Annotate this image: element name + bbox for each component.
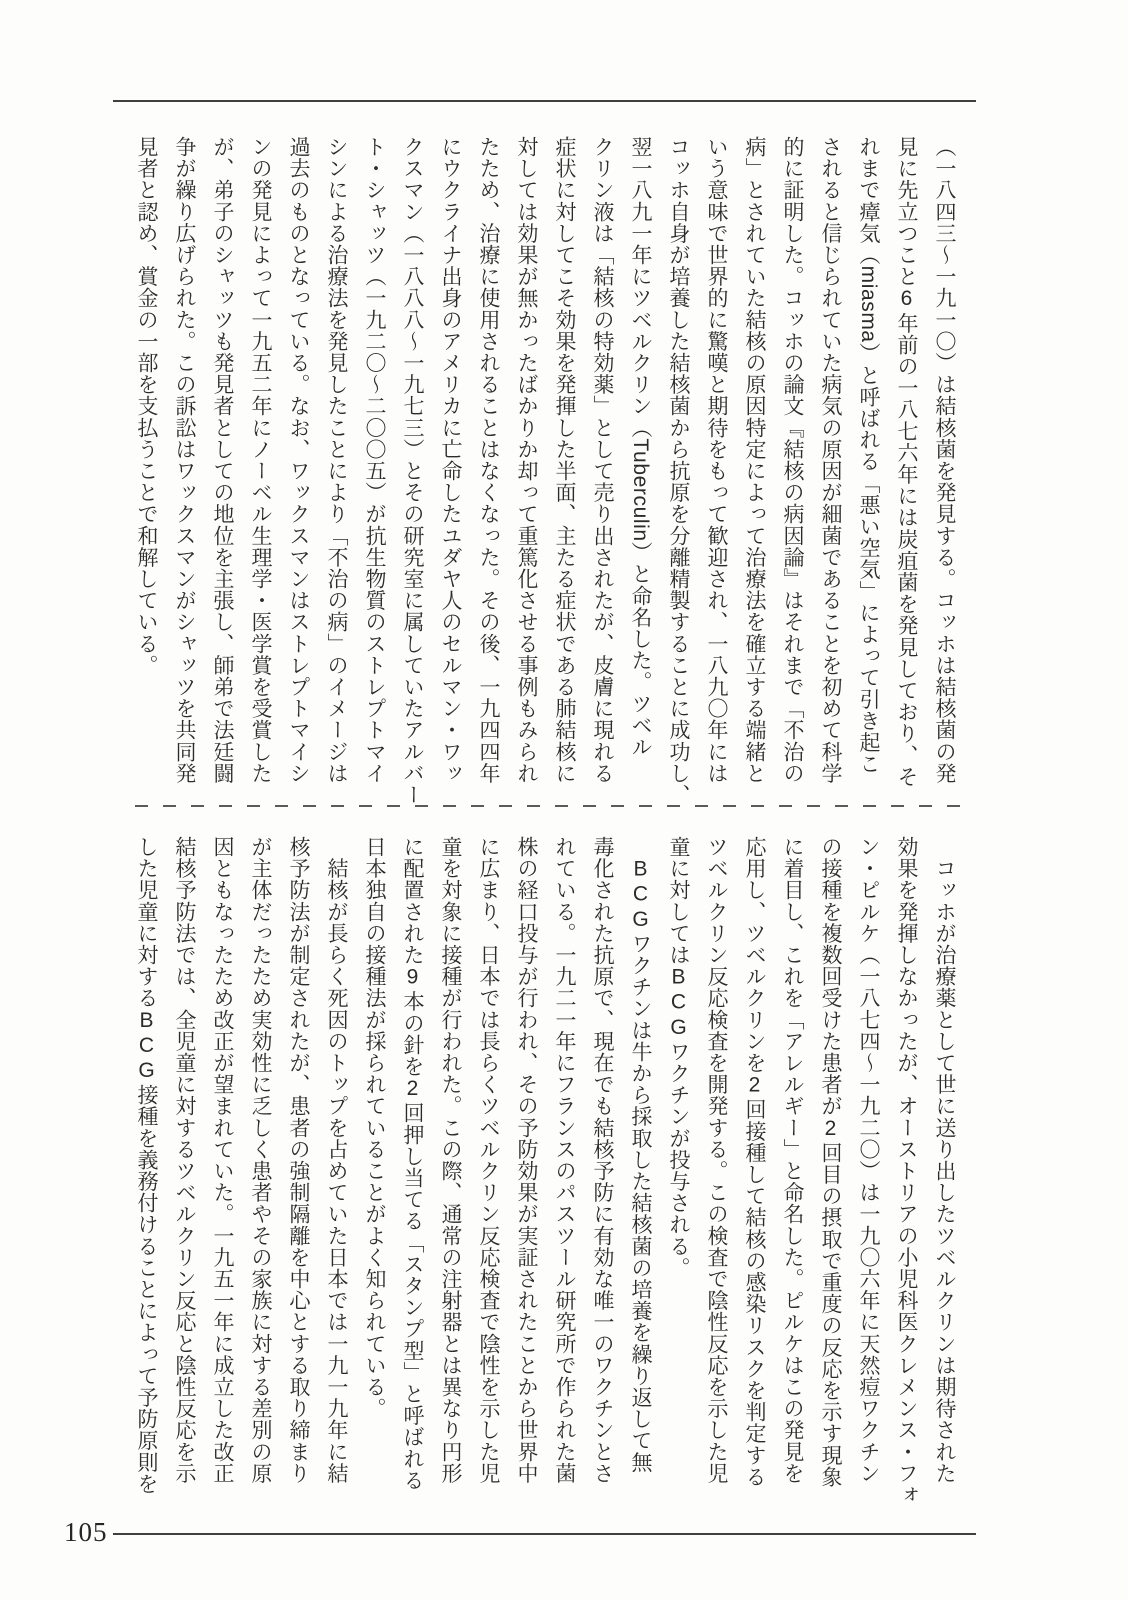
text-column: コッホ自身が培養した結核菌から抗原を分離精製することに成功し、	[659, 136, 697, 798]
text-column: 結核予防法では、全児童に対するツベルクリン反応と陰性反応を示	[165, 836, 203, 1498]
text-column: 症状に対してこそ効果を発揮した半面、主たる症状である肺結核に	[545, 136, 583, 798]
text-column: 効果を発揮しなかったが、オーストリアの小児科医クレメンス・フォ	[887, 836, 925, 1498]
text-column: れている。一九二一年にフランスのパスツール研究所で作られた菌	[545, 836, 583, 1498]
text-column: 結核が長らく死因のトップを占めていた日本では一九一九年に結	[317, 836, 355, 1498]
text-column: 核予防法が制定されたが、患者の強制隔離を中心とする取り締まり	[279, 836, 317, 1498]
text-column: 過去のものとなっている。なお、ワックスマンはストレプトマイシ	[279, 136, 317, 798]
text-column: した児童に対するBCG接種を義務付けることによって予防原則を	[127, 836, 165, 1498]
text-column: ン・ピルケ（一八七四～一九二〇）は一九〇六年に天然痘ワクチン	[849, 836, 887, 1498]
text-column: 病」とされていた結核の原因特定によって治療法を確立する端緒と	[735, 136, 773, 798]
text-column: 争が繰り広げられた。この訴訟はワックスマンがシャッツを共同発	[165, 136, 203, 798]
text-column: に着目し、これを「アレルギー」と命名した。ピルケはこの発見を	[773, 836, 811, 1498]
text-column: 日本独自の接種法が採られていることがよく知られている。	[355, 836, 393, 1498]
text-column: 的に証明した。コッホの論文『結核の病因論』はそれまで「不治の	[773, 136, 811, 798]
text-column: に広まり、日本では長らくツベルクリン反応検査で陰性を示した児	[469, 836, 507, 1498]
text-section-top: （一八四三～一九一〇）は結核菌を発見する。コッホは結核菌の発見に先立つこと6年前…	[126, 136, 963, 798]
book-page: （一八四三～一九一〇）は結核菌を発見する。コッホは結核菌の発見に先立つこと6年前…	[0, 0, 1128, 1600]
text-column: 翌一八九一年にツベルクリン（Tuberculin）と命名した。ツベル	[621, 136, 659, 798]
text-column: クリン液は「結核の特効薬」として売り出されたが、皮膚に現れる	[583, 136, 621, 798]
text-column: ツベルクリン反応検査を開発する。この検査で陰性反応を示した児	[697, 836, 735, 1498]
text-column: に配置された9本の針を2回押し当てる「スタンプ型」と呼ばれる	[393, 836, 431, 1498]
text-column: 毒化された抗原で、現在でも結核予防に有効な唯一のワクチンとさ	[583, 836, 621, 1498]
text-column: シンによる治療法を発見したことにより「不治の病」のイメージは	[317, 136, 355, 798]
text-column: BCGワクチンは牛から採取した結核菌の培養を繰り返して無	[621, 836, 659, 1498]
text-column: クスマン（一八八八～一九七三）とその研究室に属していたアルバー	[393, 136, 431, 798]
text-column: ンの発見によって一九五二年にノーベル生理学・医学賞を受賞した	[241, 136, 279, 798]
text-column: ト・シャッツ（一九二〇～二〇〇五）が抗生物質のストレプトマイ	[355, 136, 393, 798]
page-number: 105	[64, 1517, 108, 1548]
text-column: が、弟子のシャッツも発見者としての地位を主張し、師弟で法廷闘	[203, 136, 241, 798]
text-column: されると信じられていた病気の原因が細菌であることを初めて科学	[811, 136, 849, 798]
text-column: 見に先立つこと6年前の一八七六年には炭疽菌を発見しており、そ	[887, 136, 925, 798]
text-column: たため、治療に使用されることはなくなった。その後、一九四四年	[469, 136, 507, 798]
text-column: 童を対象に接種が行われた。この際、通常の注射器とは異なり円形	[431, 836, 469, 1498]
text-column: コッホが治療薬として世に送り出したツベルクリンは期待された	[925, 836, 963, 1498]
text-column: （一八四三～一九一〇）は結核菌を発見する。コッホは結核菌の発	[925, 136, 963, 798]
text-column: 応用し、ツベルクリンを2回接種して結核の感染リスクを判定する	[735, 836, 773, 1498]
text-column: 見者と認め、賞金の一部を支払うことで和解している。	[127, 136, 165, 798]
section-divider-dashed	[135, 805, 964, 807]
text-column: 童に対してはBCGワクチンが投与される。	[659, 836, 697, 1498]
text-column: れまで瘴気（miasma）と呼ばれる「悪い空気」によって引き起こ	[849, 136, 887, 798]
text-column: 株の経口投与が行われ、その予防効果が実証されたことから世界中	[507, 836, 545, 1498]
text-section-bottom: コッホが治療薬として世に送り出したツベルクリンは期待された効果を発揮しなかったが…	[126, 836, 963, 1498]
footer-rule	[113, 1533, 976, 1535]
text-column: 対しては効果が無かったばかりか却って重篤化させる事例もみられ	[507, 136, 545, 798]
header-rule	[113, 100, 976, 102]
text-column: が主体だったため実効性に乏しく患者やその家族に対する差別の原	[241, 836, 279, 1498]
text-column: いう意味で世界的に驚嘆と期待をもって歓迎され、一八九〇年には	[697, 136, 735, 798]
text-column: にウクライナ出身のアメリカに亡命したユダヤ人のセルマン・ワッ	[431, 136, 469, 798]
text-column: の接種を複数回受けた患者が2回目の摂取で重度の反応を示す現象	[811, 836, 849, 1498]
text-column: 因ともなったため改正が望まれていた。一九五一年に成立した改正	[203, 836, 241, 1498]
